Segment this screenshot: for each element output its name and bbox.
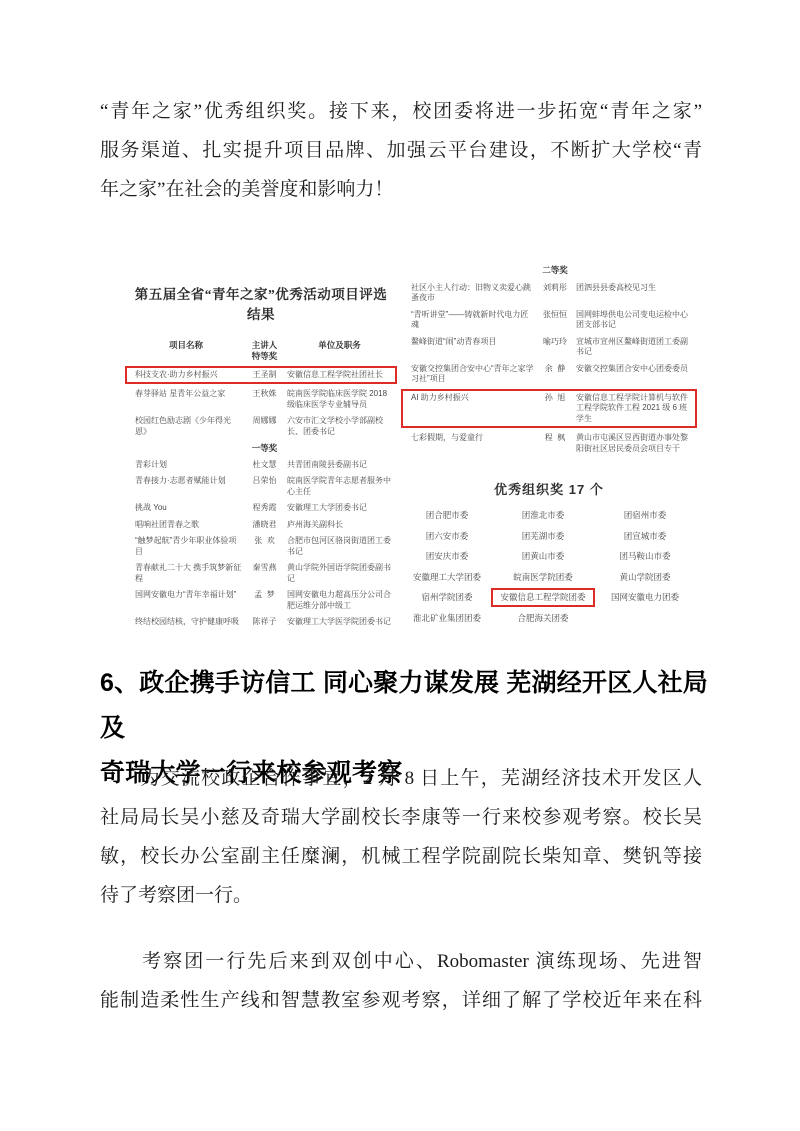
- table-row: AI 助力乡村振兴孙 旭安徽信息工程学院计算机与软件工程学院软件工程 2021 …: [401, 389, 697, 429]
- prize-section-label: 二等奖: [406, 265, 692, 276]
- heading-line: 6、政企携手访信工 同心聚力谋发展 芜湖经开区人社局及: [100, 661, 725, 751]
- award-table-left-panel: 第五届全省“青年之家”优秀活动项目评选结果 项目名称 主讲人 单位及职务 特等奖…: [130, 250, 392, 634]
- paragraph-visit-tour: 考察团一行先后来到双创中心、Robomaster 演练现场、先进智 能制造柔性生…: [100, 942, 702, 1020]
- table-row: 科技支农·助力乡村振兴王圣制安徽信息工程学院社团社长: [125, 366, 397, 385]
- column-header-unit: 单位及职务: [287, 339, 392, 351]
- paragraph-line: 社局局长吴小慈及奇瑞大学副校长李康等一行来校参观考察。校长吴: [100, 798, 702, 837]
- unit-cell: 国网蚌埠供电公司变电运检中心团支部书记: [576, 310, 692, 331]
- speaker-cell: 张 欢: [242, 536, 287, 547]
- paragraph-youth-home: “青年之家”优秀组织奖。接下来，校团委将进一步拓宽“青年之家” 服务渠道、扎实提…: [100, 92, 702, 209]
- speaker-cell: 喻巧玲: [534, 337, 576, 348]
- right-table-rows: 二等奖社区小主人行动：旧物义卖爱心跳蚤夜市刘莉彤团泗县县委高校见习生“青听讲堂”…: [406, 265, 692, 454]
- org-award-cell: 团宣城市委: [598, 531, 692, 542]
- speaker-cell: 杜文慧: [242, 460, 287, 471]
- table-row: 七彩假期，与爱童行程 枫黄山市屯溪区昱西街道办事处黎阳街社区居民委员会项目专干: [406, 433, 692, 454]
- org-award-cell: 国网安徽电力团委: [598, 592, 692, 603]
- unit-cell: 黄山市屯溪区昱西街道办事处黎阳街社区居民委员会项目专干: [576, 433, 692, 454]
- org-award-cell: 团芜湖市委: [488, 531, 598, 542]
- unit-cell: 安徽信息工程学院社团社长: [287, 370, 392, 381]
- column-header-speaker: 主讲人: [242, 339, 287, 351]
- org-award-cell: 团马鞍山市委: [598, 551, 692, 562]
- table-row: “触梦起航”青少年职业体验项目张 欢合肥市包河区骆岗街道团工委书记: [130, 536, 392, 557]
- org-award-cell: 宿州学院团委: [406, 592, 488, 603]
- award-table-right-panel: 二等奖社区小主人行动：旧物义卖爱心跳蚤夜市刘莉彤团泗县县委高校见习生“青听讲堂”…: [406, 250, 692, 624]
- speaker-cell: 程 枫: [534, 433, 576, 444]
- org-award-cell: 安徽理工大学团委: [406, 572, 488, 583]
- unit-cell: 共青团南陵县委副书记: [287, 460, 392, 471]
- unit-cell: 团泗县县委高校见习生: [576, 283, 692, 294]
- unit-cell: 皖南医学院青年志愿者服务中心主任: [287, 476, 392, 497]
- project-cell: 鳌峰街道“闹”动青春项目: [406, 337, 534, 348]
- project-cell: 七彩假期，与爱童行: [406, 433, 534, 444]
- org-award-cell: 团合肥市委: [406, 510, 488, 521]
- project-cell: “触梦起航”青少年职业体验项目: [130, 536, 242, 557]
- org-awards-grid: 团合肥市委团淮北市委团宿州市委团六安市委团芜湖市委团宣城市委团安庆市委团黄山市委…: [406, 510, 692, 624]
- project-cell: 安徽交控集团合安中心“青年之家学习社”项目: [406, 364, 534, 385]
- speaker-cell: 程秀霞: [242, 503, 287, 514]
- table-row: 安徽交控集团合安中心“青年之家学习社”项目余 静安徽交控集团合安中心团委委员: [406, 364, 692, 385]
- table-row: 唱响社团青春之歌潘晓君庐州海关副科长: [130, 520, 392, 531]
- project-cell: 青春献礼二十大 携手筑梦新征程: [130, 563, 242, 584]
- org-awards-title: 优秀组织奖 17 个: [406, 479, 692, 498]
- table-row: 校园红色励志剧《少年得光恩》周娜娜六安市汇文学校小学部副校长、团委书记: [130, 416, 392, 437]
- prize-section-label: 一等奖: [130, 443, 392, 454]
- unit-cell: 安徽理工大学医学院团委书记: [287, 617, 392, 628]
- speaker-cell: 孙 旭: [534, 393, 576, 404]
- unit-cell: 庐州海关副科长: [287, 520, 392, 531]
- speaker-cell: 刘莉彤: [534, 283, 576, 294]
- paragraph-line: 待了考察团一行。: [100, 876, 702, 915]
- speaker-cell: 王圣制: [242, 370, 287, 381]
- project-cell: 校园红色励志剧《少年得光恩》: [130, 416, 242, 437]
- project-cell: 社区小主人行动：旧物义卖爱心跳蚤夜市: [406, 283, 534, 304]
- document-page: “青年之家”优秀组织奖。接下来，校团委将进一步拓宽“青年之家” 服务渠道、扎实提…: [0, 0, 800, 1131]
- project-cell: 青彩计划: [130, 460, 242, 471]
- table-row: 青春接力·志愿者赋能计划吕荣怡皖南医学院青年志愿者服务中心主任: [130, 476, 392, 497]
- project-cell: 国网安徽电力“青年幸福计划”: [130, 590, 242, 601]
- section-label: 二等奖: [534, 265, 576, 276]
- section-label: 特等奖: [242, 351, 287, 362]
- project-cell: 终结校园结核，守护健康呼吸: [130, 617, 242, 628]
- unit-cell: 安徽交控集团合安中心团委委员: [576, 364, 692, 375]
- speaker-cell: 周娜娜: [242, 416, 287, 427]
- org-award-cell: 团六安市委: [406, 531, 488, 542]
- column-header-project: 项目名称: [130, 339, 242, 351]
- speaker-cell: 潘晓君: [242, 520, 287, 531]
- org-award-cell: 安徽信息工程学院团委: [488, 592, 598, 603]
- table-row: 春芽驿站 星青年公益之家王秋姝皖南医学院临床医学院 2018 级临床医学专业辅导…: [130, 389, 392, 410]
- unit-cell: 安徽信息工程学院计算机与软件工程学院软件工程 2021 级 6 班学生: [576, 393, 692, 425]
- highlighted-org-award: 安徽信息工程学院团委: [491, 588, 594, 607]
- unit-cell: 宣城市宣州区鳌峰街道团工委副书记: [576, 337, 692, 358]
- org-award-cell: 淮北矿业集团团委: [406, 613, 488, 624]
- speaker-cell: 秦雪燕: [242, 563, 287, 574]
- figure-title: 第五届全省“青年之家”优秀活动项目评选结果: [130, 283, 392, 323]
- paragraph-visit-intro: 为交流校政企合作事宜，2 月 8 日上午，芜湖经济技术开发区人 社局局长吴小慈及…: [100, 759, 702, 915]
- project-cell: AI 助力乡村振兴: [406, 393, 534, 404]
- org-award-cell: 合肥海关团委: [488, 613, 598, 624]
- unit-cell: 皖南医学院临床医学院 2018 级临床医学专业辅导员: [287, 389, 392, 410]
- unit-cell: 六安市汇文学校小学部副校长、团委书记: [287, 416, 392, 437]
- org-award-cell: 团安庆市委: [406, 551, 488, 562]
- unit-cell: 安徽理工大学团委书记: [287, 503, 392, 514]
- project-cell: 春芽驿站 星青年公益之家: [130, 389, 242, 400]
- org-award-cell: 团宿州市委: [598, 510, 692, 521]
- paragraph-line: 考察团一行先后来到双创中心、Robomaster 演练现场、先进智: [100, 942, 702, 981]
- speaker-cell: 陈祥子: [242, 617, 287, 628]
- table-row: “青听讲堂”——铸就新时代电力匠魂张恒恒国网蚌埠供电公司变电运检中心团支部书记: [406, 310, 692, 331]
- speaker-cell: 余 静: [534, 364, 576, 375]
- project-cell: 科技支农·助力乡村振兴: [130, 370, 242, 381]
- second-prize-rows: 社区小主人行动：旧物义卖爱心跳蚤夜市刘莉彤团泗县县委高校见习生“青听讲堂”——铸…: [406, 283, 692, 455]
- paragraph-line: 能制造柔性生产线和智慧教室参观考察，详细了解了学校近年来在科: [100, 981, 702, 1020]
- table-row: 挑战 You程秀霞安徽理工大学团委书记: [130, 503, 392, 514]
- table-row: 终结校园结核，守护健康呼吸陈祥子安徽理工大学医学院团委书记: [130, 617, 392, 628]
- org-award-cell: 团黄山市委: [488, 551, 598, 562]
- speaker-cell: 吕荣怡: [242, 476, 287, 487]
- unit-cell: 国网安徽电力超高压分公司合肥运维分部中级工: [287, 590, 392, 611]
- left-table-rows: 特等奖科技支农·助力乡村振兴王圣制安徽信息工程学院社团社长春芽驿站 星青年公益之…: [130, 351, 392, 628]
- speaker-cell: 孟 梦: [242, 590, 287, 601]
- table-row: 青春献礼二十大 携手筑梦新征程秦雪燕黄山学院外国语学院团委副书记: [130, 563, 392, 584]
- table-row: 国网安徽电力“青年幸福计划”孟 梦国网安徽电力超高压分公司合肥运维分部中级工: [130, 590, 392, 611]
- paragraph-line: 敏，校长办公室副主任糜澜，机械工程学院副院长柴知章、樊钒等接: [100, 837, 702, 876]
- paragraph-line: 为交流校政企合作事宜，2 月 8 日上午，芜湖经济技术开发区人: [100, 759, 702, 798]
- table-row: 青彩计划杜文慧共青团南陵县委副书记: [130, 460, 392, 471]
- project-cell: 青春接力·志愿者赋能计划: [130, 476, 242, 487]
- project-cell: “青听讲堂”——铸就新时代电力匠魂: [406, 310, 534, 331]
- paragraph-line: “青年之家”优秀组织奖。接下来，校团委将进一步拓宽“青年之家”: [100, 92, 702, 131]
- paragraph-line: 年之家”在社会的美誉度和影响力！: [100, 170, 702, 209]
- table-header-row: 项目名称 主讲人 单位及职务: [130, 339, 392, 351]
- section-label: 一等奖: [242, 443, 287, 454]
- org-award-cell: 黄山学院团委: [598, 572, 692, 583]
- project-cell: 唱响社团青春之歌: [130, 520, 242, 531]
- unit-cell: 黄山学院外国语学院团委副书记: [287, 563, 392, 584]
- speaker-cell: 王秋姝: [242, 389, 287, 400]
- award-results-figure: 第五届全省“青年之家”优秀活动项目评选结果 项目名称 主讲人 单位及职务 特等奖…: [130, 250, 692, 586]
- prize-section-label: 特等奖: [130, 351, 392, 362]
- paragraph-line: 服务渠道、扎实提升项目品牌、加强云平台建设，不断扩大学校“青: [100, 131, 702, 170]
- table-row: 鳌峰街道“闹”动青春项目喻巧玲宣城市宣州区鳌峰街道团工委副书记: [406, 337, 692, 358]
- project-cell: 挑战 You: [130, 503, 242, 514]
- table-row: 社区小主人行动：旧物义卖爱心跳蚤夜市刘莉彤团泗县县委高校见习生: [406, 283, 692, 304]
- speaker-cell: 张恒恒: [534, 310, 576, 321]
- org-award-cell: 团淮北市委: [488, 510, 598, 521]
- org-award-cell: 皖南医学院团委: [488, 572, 598, 583]
- unit-cell: 合肥市包河区骆岗街道团工委书记: [287, 536, 392, 557]
